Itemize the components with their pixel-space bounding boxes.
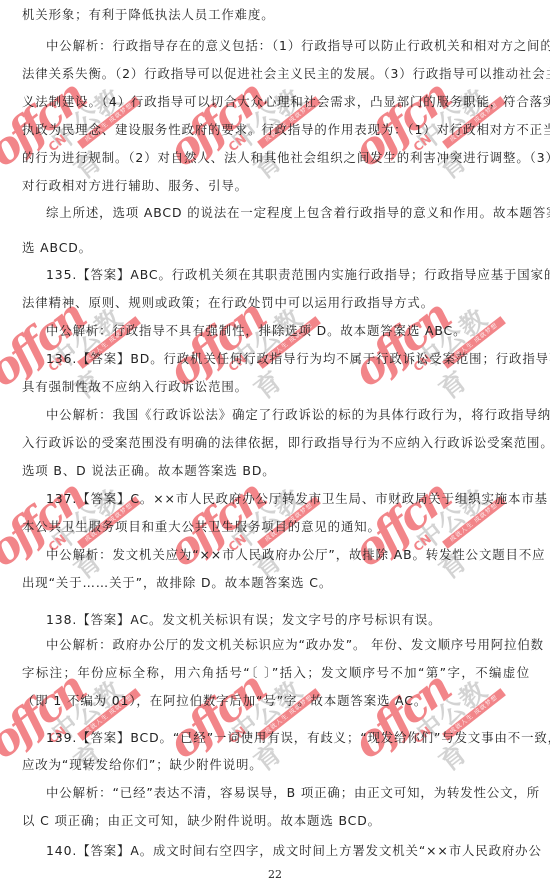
text-line: 138.【答案】AC。发文机关标识有误；发文字号的序号标识有误。 [46,612,530,628]
text-line: 法律精神、原则、规则或政策；在行政处罚中可以运用行政指导方式。 [22,295,530,311]
document-page: 中公教育 成就人生 成就梦想 offcn CN 中公教育 成就人生 成就梦想 o… [0,0,550,883]
text-line: 出现“关于……关于”，故排除 D。故本题答案选 C。 [22,575,530,591]
text-line: 中公解析：发文机关应为“××市人民政府办公厅”，故排除 AB。转发性公文题目不应 [46,547,530,563]
text-line: 以 C 项正确；由正文可知，缺少附件说明。故本题选 BCD。 [22,813,530,829]
text-line: 执政为民理念、建设服务性政府的要求。行政指导的作用表现为：（1）对行政相对方不正… [22,122,530,138]
page-number: 22 [0,868,550,881]
text-line: 135.【答案】ABC。行政机关须在其职责范围内实施行政指导；行政指导应基于国家… [46,267,530,283]
text-line: 137.【答案】C。××市人民政府办公厅转发市卫生局、市财政局关于组织实施本市基 [46,491,530,507]
text-line: 具有强制性故不应纳入行政诉讼范围。 [22,379,530,395]
text-line: 综上所述，选项 ABCD 的说法在一定程度上包含着行政指导的意义和作用。故本题答… [46,205,530,221]
text-line: 应改为“现转发给你们”；缺少附件说明。 [22,757,530,773]
text-line: 的行为进行规制。（2）对自然人、法人和其他社会组织之间发生的利害冲突进行调整。（… [22,150,530,166]
text-line: 选项 B、D 说法正确。故本题答案选 BD。 [22,463,530,479]
text-line: 140.【答案】A。成文时间右空四字，成文时间上方署发文机关“××市人民政府办公 [46,843,530,859]
text-line: 字标注；年份应标全称，用六角括号“〔 〕”括入；发文顺序号不加“第”字，不编虚位 [22,665,530,681]
text-line: 法律关系失衡。（2）行政指导可以促进社会主义民主的发展。（3）行政指导可以推动社… [22,66,530,82]
text-line: 选 ABCD。 [22,240,530,256]
text-line: 139.【答案】BCD。“已经”一词使用有误，有歧义；“现发给你们”与发文事由不… [46,730,530,746]
text-line: 机关形象；有利于降低执法人员工作难度。 [22,7,530,23]
text-line: 本公共卫生服务项目和重大公共卫生服务项目的意见的通知。 [22,519,530,535]
text-line: 入行政诉讼的受案范围没有明确的法律依据，即行政指导行为不应纳入行政诉讼受案范围。 [22,435,530,451]
text-line: （即 1 不编为 01），在阿拉伯数字后加“号”字。故本题答案选 AC。 [22,693,530,709]
text-line: 中公解析：我国《行政诉讼法》确定了行政诉讼的标的为具体行政行为，将行政指导纳 [46,407,530,423]
text-line: 中公解析：政府办公厅的发文机关标识应为“政办发”。 年份、发文顺序号用阿拉伯数 [46,637,530,653]
text-line: 中公解析：行政指导不具有强制性，排除选项 D。故本题答案选 ABC。 [46,323,530,339]
text-line: 136.【答案】BD。行政机关任何行政指导行为均不属于行政诉讼受案范围；行政指导… [46,351,530,367]
text-line: 义法制建设。（4）行政指导可以切合大众心理和社会需求，凸显部门的服务职能，符合落… [22,94,530,110]
text-line: 对行政相对方进行辅助、服务、引导。 [22,178,530,194]
text-line: 中公解析：行政指导存在的意义包括：（1）行政指导可以防止行政机关和相对方之间的 [46,38,530,54]
text-line: 中公解析：“已经”表达不清，容易误导，B 项正确；由正文可知，为转发性公文，所 [46,785,530,801]
